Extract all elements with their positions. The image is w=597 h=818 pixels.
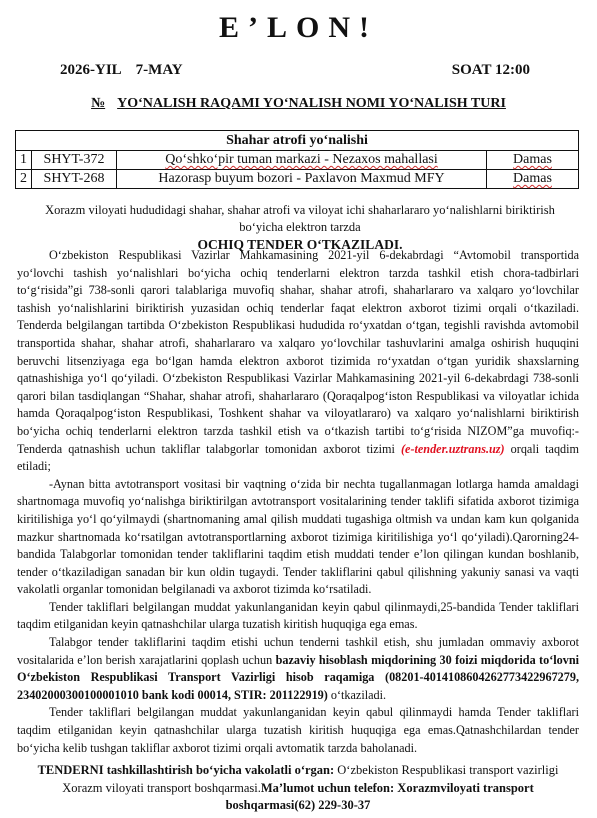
route-type: Damas (487, 170, 579, 189)
tender-time: SOAT 12:00 (452, 60, 530, 80)
route-code: SHYT-268 (32, 170, 117, 189)
route-name: Hazorasp buyum bozori - Paxlavon Maxmud … (117, 170, 487, 189)
paragraph-2: -Aynan bitta avtotransport vositasi bir … (17, 476, 579, 599)
paragraph-4: Talabgor tender takliflarini taqdim etis… (17, 634, 579, 704)
tender-year: 2026-YIL (60, 62, 122, 78)
announcement-page: E’LON! 2026-YIL7-MAY SOAT 12:00 №YO‘NALI… (0, 0, 597, 818)
section-title: Shahar atrofi yo‘nalishi (16, 131, 579, 151)
phone-info: Ma’lumot uchun telefon: Xorazmviloyati t… (226, 781, 534, 813)
paragraph-5: Tender takliflari belgilangan muddat yak… (17, 704, 579, 757)
footer-block: TENDERNI tashkillashtirish bo‘yicha vako… (17, 762, 579, 815)
route-code: SHYT-372 (32, 151, 117, 170)
table-section-row: Shahar atrofi yo‘nalishi (16, 131, 579, 151)
row-number: 2 (16, 170, 32, 189)
body-text: O‘zbekiston Respublikasi Vazirlar Mahkam… (17, 247, 579, 757)
paragraph-3: Tender takliflari belgilangan muddat yak… (17, 599, 579, 634)
intro-block: Xorazm viloyati hududidagi shahar, shaha… (30, 202, 570, 253)
row-number: 1 (16, 151, 32, 170)
organ-label: TENDERNI tashkillashtirish bo‘yicha vako… (38, 763, 335, 777)
routes-table: Shahar atrofi yo‘nalishi 1 SHYT-372 Qo‘s… (15, 130, 579, 189)
paragraph-1: O‘zbekiston Respublikasi Vazirlar Mahkam… (17, 247, 579, 476)
columns-header: №YO‘NALISH RAQAMI YO‘NALISH NOMI YO‘NALI… (0, 95, 597, 113)
tender-day: 7-MAY (136, 62, 183, 78)
e-tender-link[interactable]: (e-tender.uztrans.uz) (401, 442, 505, 456)
dateline: 2026-YIL7-MAY SOAT 12:00 (60, 60, 530, 80)
route-type: Damas (487, 151, 579, 170)
tender-date: 2026-YIL7-MAY (60, 60, 197, 80)
route-name: Qo‘shko‘pir tuman markazi - Nezaxos maha… (117, 151, 487, 170)
table-row: 1 SHYT-372 Qo‘shko‘pir tuman markazi - N… (16, 151, 579, 170)
number-sign: № (91, 96, 105, 111)
intro-text: Xorazm viloyati hududidagi shahar, shaha… (30, 202, 570, 236)
columns-header-text: YO‘NALISH RAQAMI YO‘NALISH NOMI YO‘NALIS… (117, 96, 506, 111)
announcement-title: E’LON! (0, 10, 597, 46)
table-row: 2 SHYT-268 Hazorasp buyum bozori - Paxla… (16, 170, 579, 189)
